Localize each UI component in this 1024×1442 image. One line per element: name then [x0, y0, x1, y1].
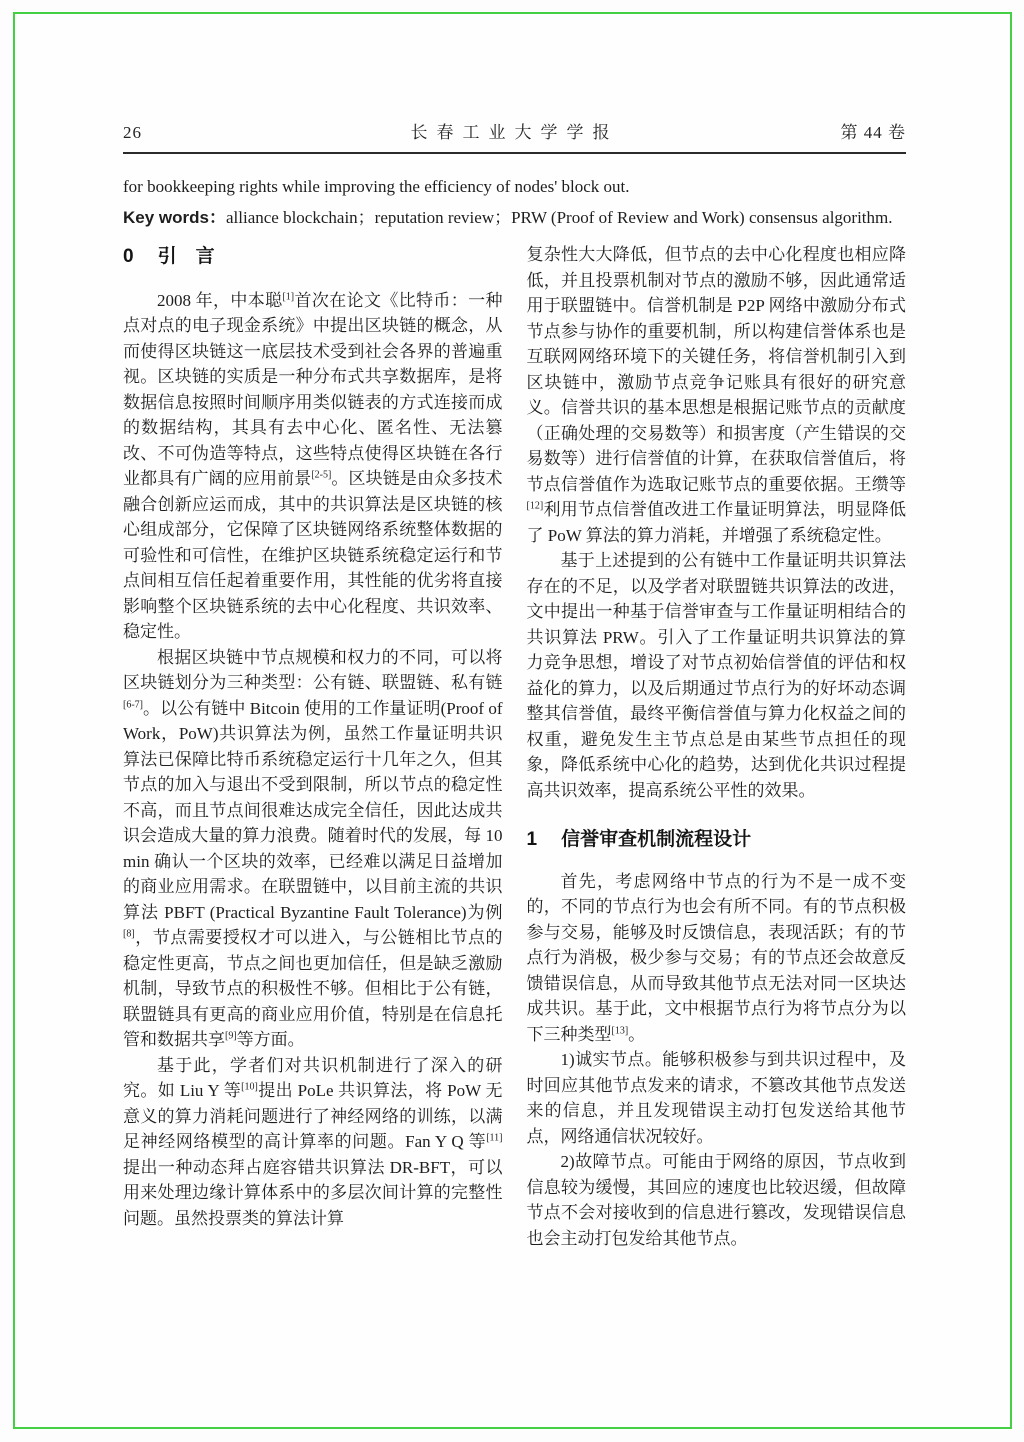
section-heading-1: 1信誉审查机制流程设计 [527, 827, 907, 853]
paragraph: 2)故障节点。可能由于网络的原因，节点收到信息较为缓慢，其回应的速度也比较迟缓，… [527, 1149, 907, 1251]
keywords-line: Key words：alliance blockchain；reputation… [123, 203, 906, 232]
scanned-page-canvas: 26 长春工业大学学报 第 44 卷 for bookkeeping right… [0, 0, 1024, 1442]
section-title: 引 言 [158, 246, 215, 267]
header-rule [123, 152, 906, 154]
page-number: 26 [123, 123, 142, 143]
page-frame: 26 长春工业大学学报 第 44 卷 for bookkeeping right… [13, 12, 1012, 1429]
two-column-body: 0引 言 2008 年，中本聪[1]首次在论文《比特币：一种点对点的电子现金系统… [123, 242, 906, 1251]
paragraph: 基于此，学者们对共识机制进行了深入的研究。如 Liu Y 等[10]提出 PoL… [123, 1053, 503, 1232]
paragraph: 首先，考虑网络中节点的行为不是一成不变的，不同的节点行为也会有所不同。有的节点积… [527, 869, 907, 1048]
right-column: 复杂性大大降低，但节点的去中心化程度也相应降低，并且投票机制对节点的激励不够，因… [527, 242, 907, 1251]
running-header: 26 长春工业大学学报 第 44 卷 [123, 118, 906, 143]
paragraph: 根据区块链中节点规模和权力的不同，可以将区块链划分为三种类型：公有链、联盟链、私… [123, 645, 503, 1053]
paragraph-continuation: 复杂性大大降低，但节点的去中心化程度也相应降低，并且投票机制对节点的激励不够，因… [527, 242, 907, 548]
keywords-label: Key words： [123, 208, 226, 227]
left-column: 0引 言 2008 年，中本聪[1]首次在论文《比特币：一种点对点的电子现金系统… [123, 242, 503, 1251]
keywords-text: alliance blockchain；reputation review；PR… [226, 208, 893, 227]
page-content: 26 长春工业大学学报 第 44 卷 for bookkeeping right… [15, 14, 1010, 1251]
journal-title: 长春工业大学学报 [411, 118, 619, 143]
section-number: 1 [527, 829, 538, 850]
abstract-tail-line: for bookkeeping rights while improving t… [123, 174, 906, 200]
section-heading-0: 0引 言 [123, 244, 503, 270]
paragraph: 基于上述提到的公有链中工作量证明共识算法存在的不足，以及学者对联盟链共识算法的改… [527, 548, 907, 803]
section-number: 0 [123, 246, 134, 267]
volume-label: 第 44 卷 [841, 118, 907, 143]
section-title: 信誉审查机制流程设计 [561, 829, 751, 850]
paragraph: 1)诚实节点。能够积极参与到共识过程中，及时回应其他节点发来的请求，不篡改其他节… [527, 1047, 907, 1149]
paragraph: 2008 年，中本聪[1]首次在论文《比特币：一种点对点的电子现金系统》中提出区… [123, 288, 503, 645]
